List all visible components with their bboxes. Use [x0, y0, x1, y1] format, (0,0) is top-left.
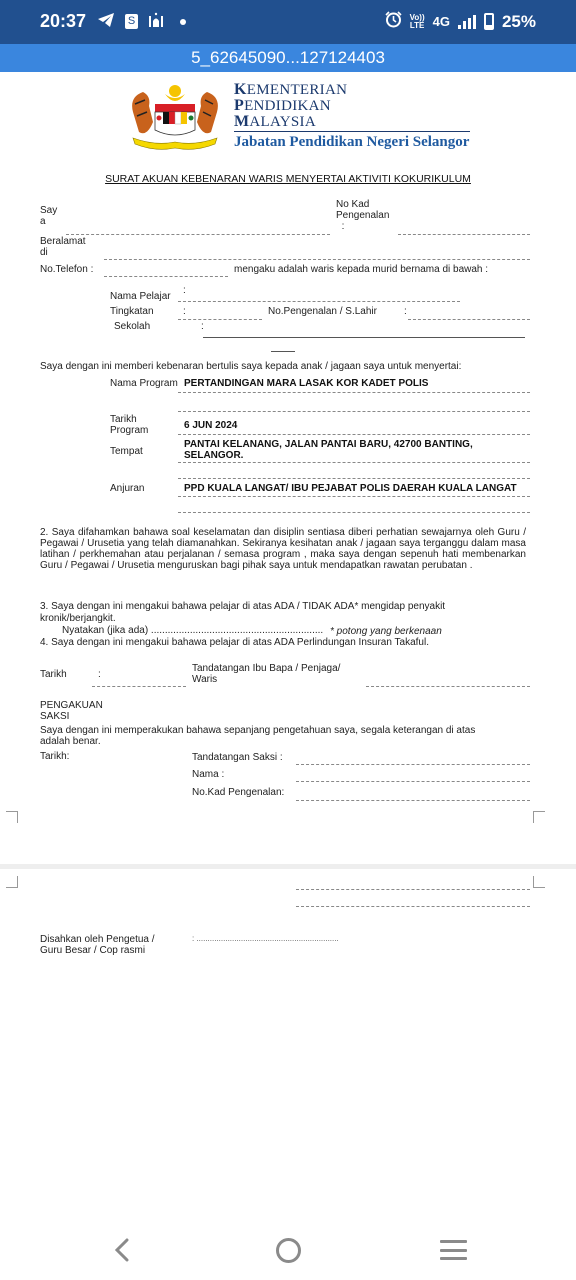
clause-2: 2. Saya difahamkan bahawa soal keselamat…: [40, 527, 526, 571]
ministry-line-2: PENDIDIKAN: [234, 98, 347, 114]
file-name: 5_62645090...127124403: [191, 48, 385, 67]
coat-of-arms-logo: [125, 82, 225, 152]
continued-field[interactable]: [296, 889, 530, 890]
ministry-word: ALAYSIA: [249, 114, 316, 130]
witness-heading-line: SAKSI: [40, 711, 69, 722]
witness-statement: Saya dengan ini memperakukan bahawa sepa…: [40, 725, 475, 747]
venue-label: Tempat: [110, 446, 143, 457]
parent-signature-label-line: Waris: [192, 674, 217, 685]
alarm-icon: [385, 11, 402, 32]
notification-icons: S: [97, 12, 186, 31]
venue-value: PANTAI KELANANG, JALAN PANTAI BARU, 4270…: [184, 439, 473, 461]
status-time: 20:37: [40, 11, 86, 32]
telegram-icon: [97, 13, 115, 31]
ministry-line-1: KEMENTERIAN: [234, 82, 347, 98]
continued-field-2[interactable]: [296, 906, 530, 907]
volte-icon: Vo))LTE: [410, 14, 425, 30]
ministry-name: KEMENTERIAN PENDIDIKAN MALAYSIA: [234, 82, 347, 130]
saya-label-line: a: [40, 216, 46, 227]
witness-statement-line: Saya dengan ini memperakukan bahawa sepa…: [40, 725, 475, 736]
clause-3-line-2: kronik/berjangkit.: [40, 613, 116, 624]
recent-apps-button[interactable]: [440, 1240, 467, 1260]
saya-label-line: Say: [40, 205, 57, 216]
page-corner-mark: [533, 876, 545, 888]
witness-ic-label: No.Kad Pengenalan:: [192, 787, 284, 798]
form-level-label: Tingkatan: [110, 306, 154, 317]
endorsement-label: Disahkan oleh Pengetua /Guru Besar / Cop…: [40, 934, 155, 956]
parent-signature-label-line: Tandatangan Ibu Bapa / Penjaga/: [192, 663, 340, 674]
phone-label: No.Telefon :: [40, 264, 93, 275]
date-label-line: Program: [110, 425, 148, 436]
program-name-value: PERTANDINGAN MARA LASAK KOR KADET POLIS: [184, 378, 428, 389]
school-field-continuation: [271, 351, 295, 352]
organizer-value: PPD KUALA LANGAT/ IBU PEJABAT POLIS DAER…: [184, 483, 517, 494]
battery-icon: [484, 13, 494, 30]
page-corner-mark: [6, 811, 18, 823]
initial: K: [234, 81, 247, 98]
colon: :: [183, 306, 186, 317]
witness-date-label: Tarikh:: [40, 751, 69, 762]
initial: P: [234, 97, 244, 114]
initial: M: [234, 113, 249, 130]
guardian-ic-field[interactable]: [398, 234, 530, 235]
program-name-field-2[interactable]: [178, 411, 530, 412]
student-name-field[interactable]: [178, 301, 460, 302]
page-break: [0, 864, 576, 869]
letterhead-divider: [234, 131, 470, 132]
notification-dot-icon: [180, 19, 186, 25]
venue-line: SELANGOR.: [184, 450, 243, 461]
form-title: SURAT AKUAN KEBENARAN WARIS MENYERTAI AK…: [0, 173, 576, 185]
signature-date-label: Tarikh: [40, 669, 67, 680]
clause-3-line-1: 3. Saya dengan ini mengakui bahawa pelaj…: [40, 601, 445, 612]
network-4g-icon: 4G: [433, 14, 450, 29]
endorsement-field[interactable]: : ......................................…: [192, 933, 339, 944]
address-label: Beralamatdi: [40, 236, 86, 258]
program-date-field[interactable]: [178, 434, 530, 435]
signature-date-field[interactable]: [92, 686, 186, 687]
organizer-field-2[interactable]: [178, 512, 530, 513]
department-name: Jabatan Pendidikan Negeri Selangor: [234, 134, 469, 151]
home-button[interactable]: [276, 1238, 301, 1263]
address-label-line: Beralamat: [40, 236, 86, 247]
school-label: Sekolah: [114, 321, 150, 332]
witness-heading: PENGAKUANSAKSI: [40, 700, 103, 722]
colon: :: [98, 669, 101, 680]
program-date-value: 6 JUN 2024: [184, 420, 237, 431]
ministry-line-3: MALAYSIA: [234, 114, 347, 130]
ministry-word: EMENTERIAN: [247, 82, 348, 98]
clause-4: 4. Saya dengan ini mengakui bahawa pelaj…: [40, 637, 429, 648]
school-field[interactable]: [203, 337, 525, 338]
ic-label-line: Pengenalan: [336, 210, 389, 221]
witness-signature-label: Tandatangan Saksi :: [192, 752, 283, 763]
clause-3-state-field[interactable]: Nyatakan (jika ada) ....................…: [62, 625, 323, 636]
witness-name-label: Nama :: [192, 769, 224, 780]
witness-heading-line: PENGAKUAN: [40, 700, 103, 711]
form-level-field[interactable]: [178, 319, 262, 320]
guardian-name-field[interactable]: [66, 234, 330, 235]
clause-3-note: * potong yang berkenaan: [330, 626, 442, 637]
ministry-word: ENDIDIKAN: [244, 98, 331, 114]
back-button[interactable]: [112, 1238, 132, 1262]
witness-ic-field[interactable]: [296, 800, 530, 801]
parent-signature-field[interactable]: [366, 686, 530, 687]
program-date-label: TarikhProgram: [110, 414, 148, 436]
organizer-field[interactable]: [178, 496, 530, 497]
colon: :: [183, 285, 186, 296]
phone-field[interactable]: [104, 276, 228, 277]
menu-line: [440, 1257, 467, 1260]
colon: :: [404, 306, 407, 317]
page-corner-mark: [6, 876, 18, 888]
navigation-bar: [0, 1222, 576, 1280]
page-corner-mark: [533, 811, 545, 823]
student-id-field[interactable]: [408, 319, 530, 320]
battery-percent: 25%: [502, 12, 536, 32]
witness-signature-field[interactable]: [296, 764, 530, 765]
system-icons: Vo))LTE 4G 25%: [385, 11, 536, 32]
program-name-field[interactable]: [178, 392, 530, 393]
parent-signature-label: Tandatangan Ibu Bapa / Penjaga/Waris: [192, 663, 340, 685]
status-bar: 20:37 S Vo))LTE 4G 25%: [0, 0, 576, 44]
endorsement-label-line: Disahkan oleh Pengetua /: [40, 934, 155, 945]
venue-field[interactable]: [178, 462, 530, 463]
document-title-bar[interactable]: 5_62645090...127124403: [0, 44, 576, 72]
volte-bottom: LTE: [410, 21, 425, 30]
permission-statement: Saya dengan ini memberi kebenaran bertul…: [40, 361, 461, 372]
colon: :: [201, 321, 204, 332]
ic-label-line: No Kad: [336, 199, 369, 210]
program-name-label: Nama Program: [110, 378, 178, 389]
address-field[interactable]: [104, 259, 530, 260]
ic-label: No KadPengenalan :: [336, 199, 389, 232]
student-name-label: Nama Pelajar: [110, 291, 171, 302]
menu-line: [440, 1249, 467, 1252]
document-viewer[interactable]: KEMENTERIAN PENDIDIKAN MALAYSIA Jabatan …: [0, 72, 576, 1222]
venue-field-2[interactable]: [178, 478, 530, 479]
address-label-line: di: [40, 247, 48, 258]
colon: :: [342, 221, 345, 232]
organizer-label: Anjuran: [110, 483, 144, 494]
shopee-icon: S: [125, 14, 138, 29]
witness-statement-line: adalah benar.: [40, 736, 101, 747]
signal-icon: [458, 15, 476, 29]
date-label-line: Tarikh: [110, 414, 137, 425]
witness-name-field[interactable]: [296, 781, 530, 782]
menu-line: [440, 1240, 467, 1243]
guardian-declaration: mengaku adalah waris kepada murid bernam…: [234, 264, 488, 275]
student-id-label: No.Pengenalan / S.Lahir: [268, 306, 377, 317]
prayer-icon: [148, 12, 164, 31]
saya-label: Saya: [40, 205, 57, 227]
venue-line: PANTAI KELANANG, JALAN PANTAI BARU, 4270…: [184, 439, 473, 450]
endorsement-label-line: Guru Besar / Cop rasmi: [40, 945, 145, 956]
